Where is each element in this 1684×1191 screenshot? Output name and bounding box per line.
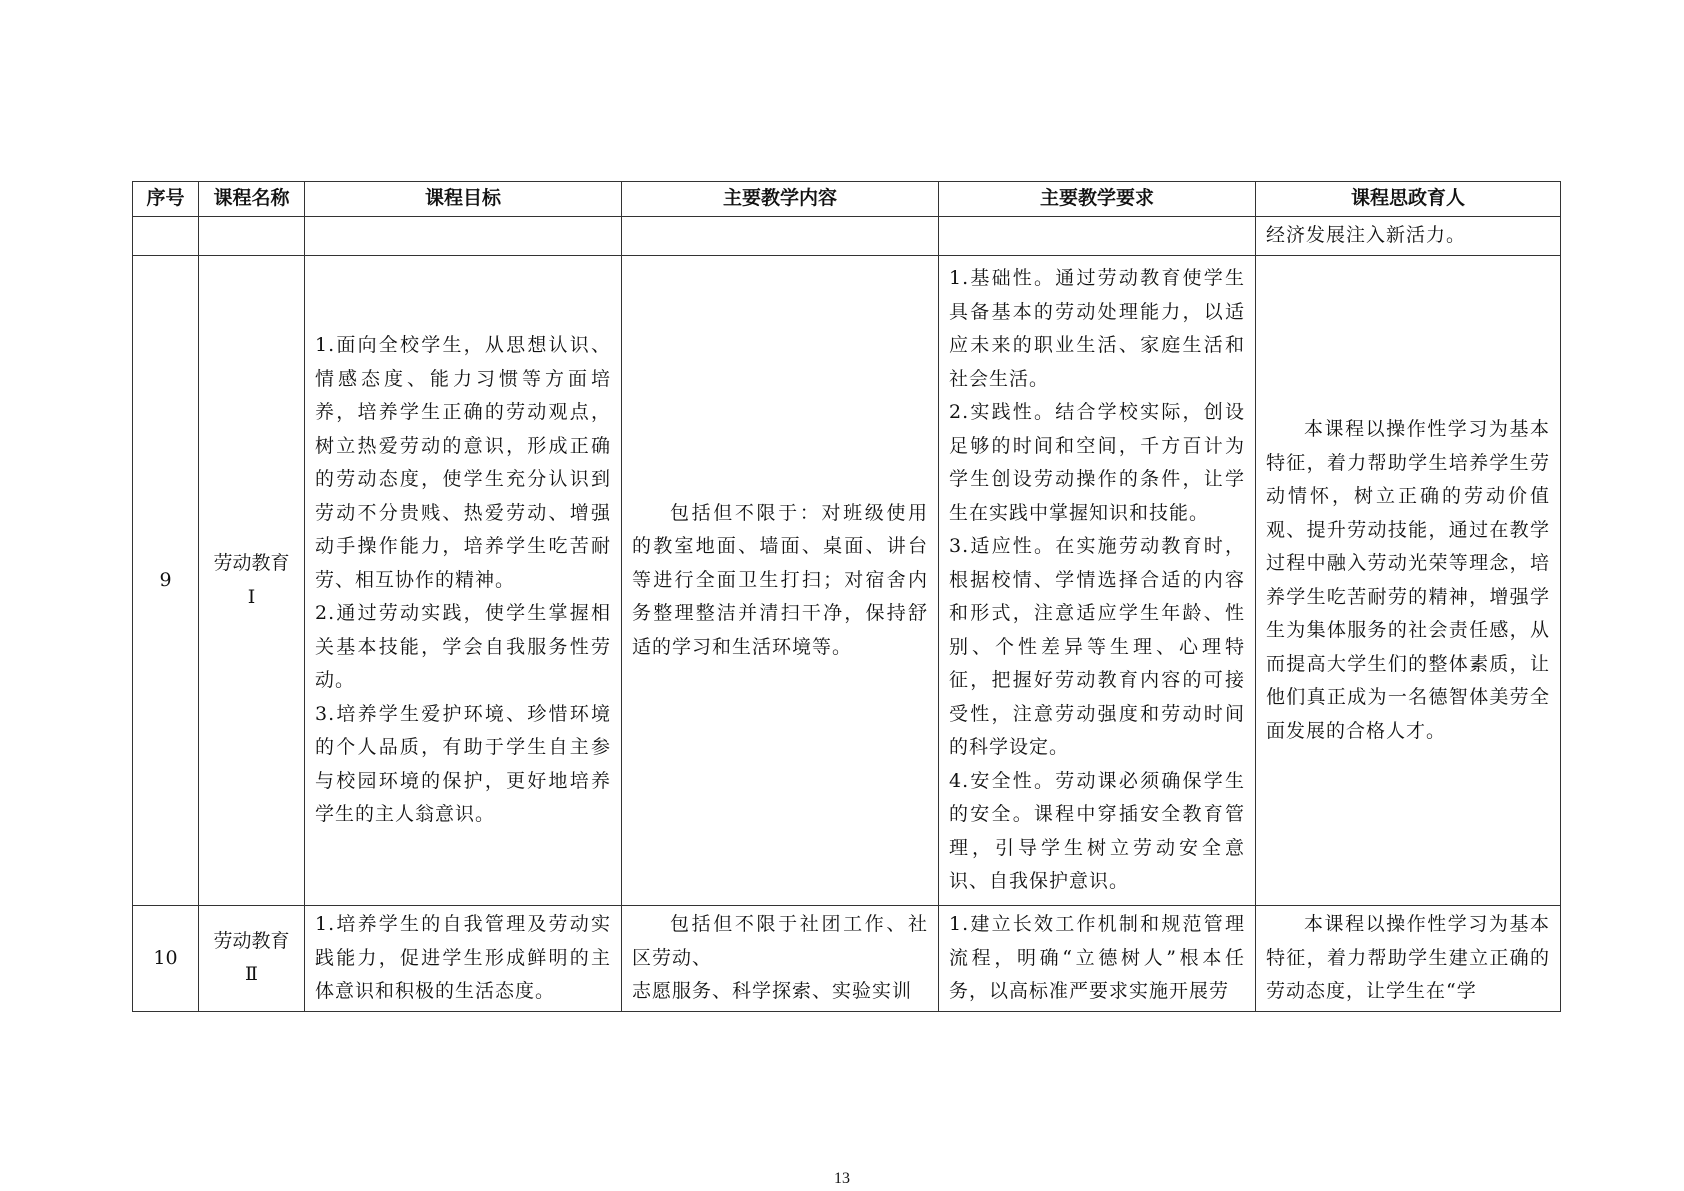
table-row: 10 劳动教育Ⅱ 1.培养学生的自我管理及劳动实践能力，促进学生形成鲜明的主体意… bbox=[133, 906, 1561, 1012]
requirement-item: 2.实践性。结合学校实际，创设足够的时间和空间，千方百计为学生创设劳动操作的条件… bbox=[949, 396, 1245, 530]
header-course-name: 课程名称 bbox=[199, 182, 305, 217]
cell-content bbox=[622, 217, 939, 256]
header-teaching-content: 主要教学内容 bbox=[622, 182, 939, 217]
course-table: 序号 课程名称 课程目标 主要教学内容 主要教学要求 课程思政育人 经济发展注入… bbox=[132, 181, 1561, 1012]
cell-name bbox=[199, 217, 305, 256]
cell-goal bbox=[305, 217, 622, 256]
cell-no: 9 bbox=[133, 256, 199, 906]
cell-requirement: 1.基础性。通过劳动教育使学生具备基本的劳动处理能力，以适应未来的职业生活、家庭… bbox=[939, 256, 1256, 906]
content-text: 包括但不限于：对班级使用的教室地面、墙面、桌面、讲台等进行全面卫生打扫；对宿舍内… bbox=[632, 497, 928, 665]
course-name: 劳动教育Ⅱ bbox=[213, 930, 289, 986]
cell-no bbox=[133, 217, 199, 256]
cell-requirement bbox=[939, 217, 1256, 256]
cell-requirement: 1.建立长效工作机制和规范管理流程，明确“立德树人”根本任务，以高标准严要求实施… bbox=[939, 906, 1256, 1012]
table-row: 9 劳动教育Ⅰ 1.面向全校学生，从思想认识、情感态度、能力习惯等方面培养，培养… bbox=[133, 256, 1561, 906]
ideology-text: 本课程以操作性学习为基本特征，着力帮助学生培养学生劳动情怀，树立正确的劳动价值观… bbox=[1266, 413, 1550, 748]
requirement-item: 3.适应性。在实施劳动教育时，根据校情、学情选择合适的内容和形式，注意适应学生年… bbox=[949, 530, 1245, 765]
goal-item: 2.通过劳动实践，使学生掌握相关基本技能，学会自我服务性劳动。 bbox=[315, 597, 611, 698]
ideology-text: 本课程以操作性学习为基本特征，着力帮助学生建立正确的劳动态度，让学生在“学 bbox=[1266, 908, 1550, 1009]
table-row-continuation: 经济发展注入新活力。 bbox=[133, 217, 1561, 256]
cell-ideology: 经济发展注入新活力。 bbox=[1256, 217, 1561, 256]
cell-name: 劳动教育Ⅰ bbox=[199, 256, 305, 906]
goal-item: 1.面向全校学生，从思想认识、情感态度、能力习惯等方面培养，培养学生正确的劳动观… bbox=[315, 329, 611, 597]
cell-content: 包括但不限于：对班级使用的教室地面、墙面、桌面、讲台等进行全面卫生打扫；对宿舍内… bbox=[622, 256, 939, 906]
cell-goal: 1.培养学生的自我管理及劳动实践能力，促进学生形成鲜明的主体意识和积极的生活态度… bbox=[305, 906, 622, 1012]
header-ideology-education: 课程思政育人 bbox=[1256, 182, 1561, 217]
goal-item: 3.培养学生爱护环境、珍惜环境的个人品质，有助于学生自主参与校园环境的保护，更好… bbox=[315, 698, 611, 832]
table-header-row: 序号 课程名称 课程目标 主要教学内容 主要教学要求 课程思政育人 bbox=[133, 182, 1561, 217]
page-number: 13 bbox=[0, 1170, 1684, 1188]
content-text: 包括但不限于社团工作、社区劳动、 bbox=[632, 908, 928, 975]
header-no: 序号 bbox=[133, 182, 199, 217]
requirement-item: 1.建立长效工作机制和规范管理流程，明确“立德树人”根本任务，以高标准严要求实施… bbox=[949, 908, 1245, 1009]
requirement-item: 1.基础性。通过劳动教育使学生具备基本的劳动处理能力，以适应未来的职业生活、家庭… bbox=[949, 262, 1245, 396]
cell-ideology: 本课程以操作性学习为基本特征，着力帮助学生培养学生劳动情怀，树立正确的劳动价值观… bbox=[1256, 256, 1561, 906]
cell-no: 10 bbox=[133, 906, 199, 1012]
cell-goal: 1.面向全校学生，从思想认识、情感态度、能力习惯等方面培养，培养学生正确的劳动观… bbox=[305, 256, 622, 906]
header-teaching-requirement: 主要教学要求 bbox=[939, 182, 1256, 217]
cell-ideology: 本课程以操作性学习为基本特征，着力帮助学生建立正确的劳动态度，让学生在“学 bbox=[1256, 906, 1561, 1012]
requirement-item: 4.安全性。劳动课必须确保学生的安全。课程中穿插安全教育管理，引导学生树立劳动安… bbox=[949, 765, 1245, 899]
course-name: 劳动教育Ⅰ bbox=[213, 552, 289, 608]
cell-content: 包括但不限于社团工作、社区劳动、 志愿服务、科学探索、实验实训 bbox=[622, 906, 939, 1012]
goal-item: 1.培养学生的自我管理及劳动实践能力，促进学生形成鲜明的主体意识和积极的生活态度… bbox=[315, 908, 611, 1009]
header-course-goal: 课程目标 bbox=[305, 182, 622, 217]
cell-name: 劳动教育Ⅱ bbox=[199, 906, 305, 1012]
content-text-continued: 志愿服务、科学探索、实验实训 bbox=[632, 975, 928, 1009]
